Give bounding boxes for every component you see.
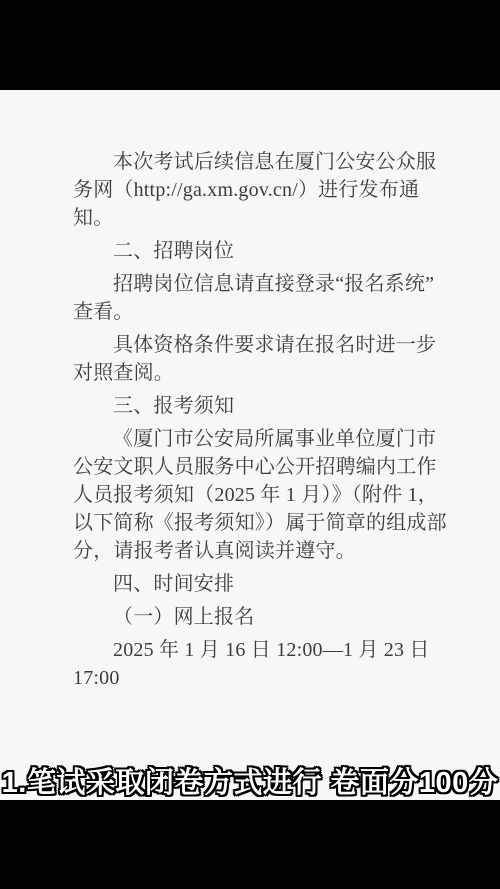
doc-line: 人员报考须知（2025 年 1 月）》（附件 1， — [73, 481, 440, 509]
doc-line: 查看。 — [73, 298, 440, 326]
doc-line: 知。 — [73, 204, 440, 232]
bottom-letterbox-bar — [0, 800, 500, 889]
doc-line: 本次考试后续信息在厦门公安公众服 — [73, 148, 440, 176]
document-page: 本次考试后续信息在厦门公安公众服 务网（http://ga.xm.gov.cn/… — [0, 90, 500, 800]
doc-line: 以下简称《报考须知》）属于简章的组成部 — [73, 509, 440, 537]
doc-line: 2025 年 1 月 16 日 12:00—1 月 23 日 — [73, 636, 440, 664]
subtitle-caption: 1.笔试采取闭卷方式进行 卷面分100分 — [0, 764, 500, 802]
doc-subheading: （一）网上报名 — [73, 603, 440, 631]
top-letterbox-bar — [0, 0, 500, 90]
doc-line: 务网（http://ga.xm.gov.cn/）进行发布通 — [73, 176, 440, 204]
doc-line: 分，请报考者认真阅读并遵守。 — [73, 537, 440, 565]
doc-heading-3: 三、报考须知 — [73, 392, 440, 420]
doc-heading-4: 四、时间安排 — [73, 570, 440, 598]
doc-line: 17:00 — [73, 664, 440, 692]
doc-line: 对照查阅。 — [73, 359, 440, 387]
doc-heading-2: 二、招聘岗位 — [73, 237, 440, 265]
video-frame: 本次考试后续信息在厦门公安公众服 务网（http://ga.xm.gov.cn/… — [0, 0, 500, 889]
doc-line: 《厦门市公安局所属事业单位厦门市 — [73, 425, 440, 453]
doc-line: 具体资格条件要求请在报名时进一步 — [73, 331, 440, 359]
doc-line: 招聘岗位信息请直接登录“报名系统” — [73, 270, 440, 298]
doc-line: 公安文职人员服务中心公开招聘编内工作 — [73, 453, 440, 481]
